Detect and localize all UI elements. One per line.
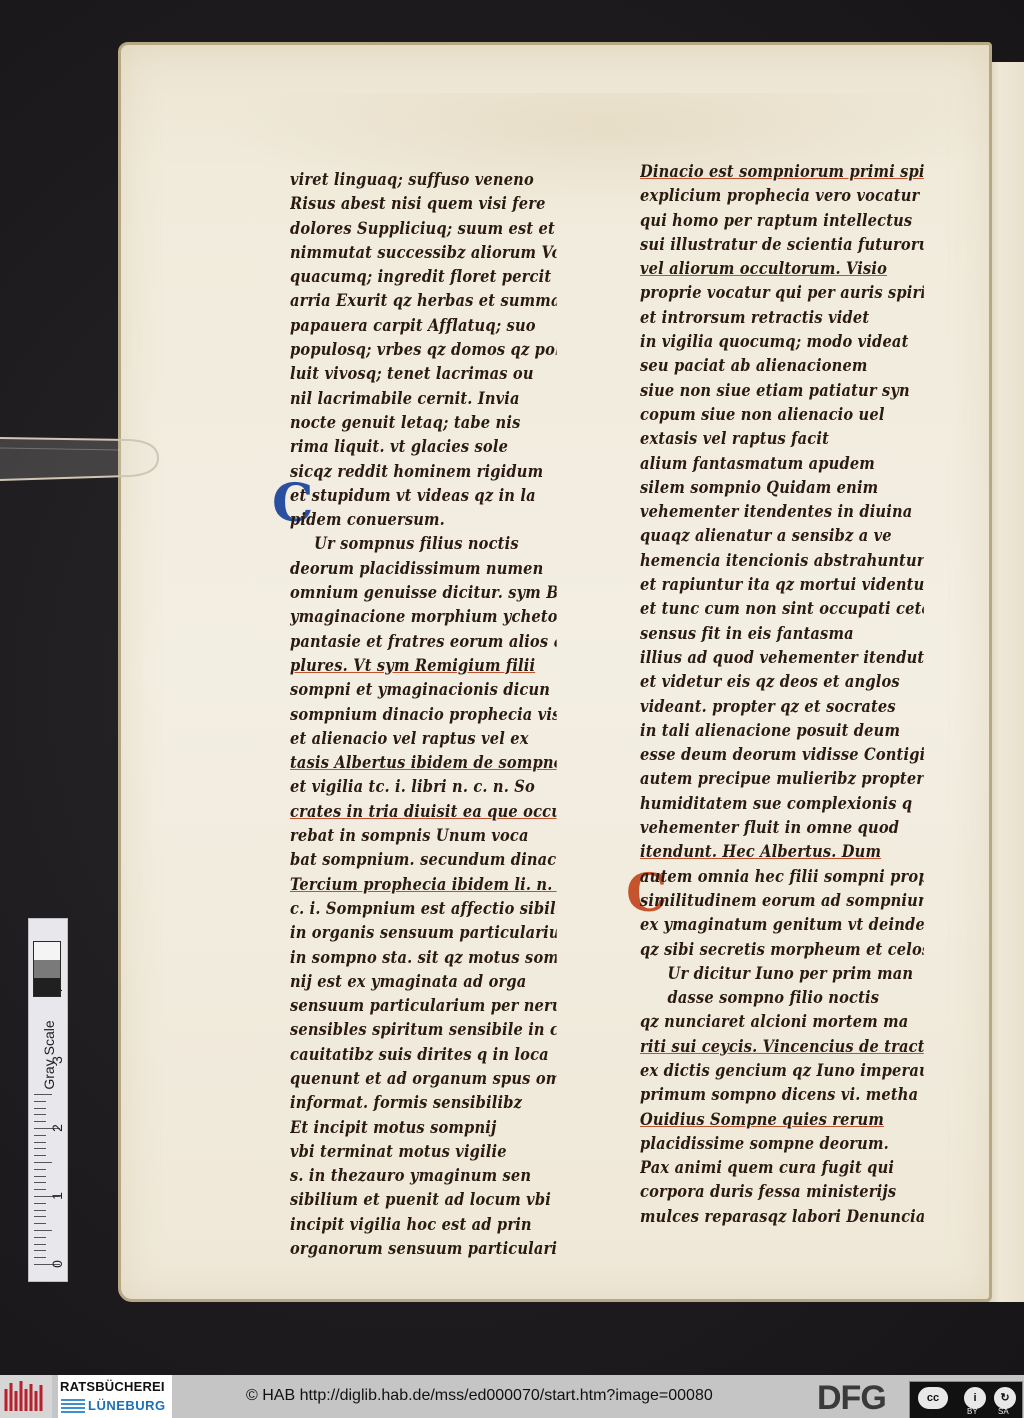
manuscript-line: alium fantasmatum apudem xyxy=(640,452,924,476)
manuscript-line: ymaginacione morphium ycheton xyxy=(290,605,557,629)
ruler-tick xyxy=(34,1155,46,1156)
manuscript-line: itendunt. Hec Albertus. Dum xyxy=(640,840,924,864)
ruler-tick xyxy=(34,1182,46,1183)
manuscript-line: in tali alienacione posuit deum xyxy=(640,719,924,743)
manuscript-line: Ouidius Sompne quies rerum xyxy=(640,1108,924,1132)
ruler-tick xyxy=(34,1189,46,1190)
manuscript-line: qz sibi secretis morpheum et celos xyxy=(640,938,924,962)
ruler-tick xyxy=(34,1135,46,1136)
manuscript-line: quacumq; ingredit floret percit xyxy=(290,265,557,289)
manuscript-line: nil lacrimabile cernit. Invia xyxy=(290,387,557,411)
manuscript-line: qz nunciaret alcioni mortem ma xyxy=(640,1010,924,1034)
manuscript-line: humiditatem sue complexionis q xyxy=(640,792,924,816)
manuscript-line: in vigilia quocumq; modo videat xyxy=(640,330,924,354)
ruler-number: 4 xyxy=(49,986,65,998)
manuscript-line: videant. propter qz et socrates xyxy=(640,695,924,719)
manuscript-line: crates in tria diuisit ea que occur xyxy=(290,800,557,824)
manuscript-line: corpora duris fessa ministerijs xyxy=(640,1180,924,1204)
manuscript-line: sicqz reddit hominem rigidum xyxy=(290,460,557,484)
manuscript-line: nimmutat successibz aliorum Volz xyxy=(290,241,557,265)
manuscript-line: sensus fit in eis fantasma xyxy=(640,622,924,646)
manuscript-line: sompnium dinacio prophecia visio xyxy=(290,703,557,727)
ruler-tick xyxy=(34,1216,46,1217)
ruler-tick xyxy=(34,1142,46,1143)
manuscript-line: proprie vocatur qui per auris spiritibz xyxy=(640,281,924,305)
manuscript-line: deorum placidissimum numen xyxy=(290,557,557,581)
ruler-tick xyxy=(34,1223,46,1224)
manuscript-line: Ur dicitur Iuno per prim man xyxy=(640,962,924,986)
manuscript-line: nij est ex ymaginata ad orga xyxy=(290,970,557,994)
manuscript-line: vehementer itendentes in diuina xyxy=(640,500,924,524)
manuscript-line: explicium prophecia vero vocatur xyxy=(640,184,924,208)
manuscript-line: informat. formis sensibilibz xyxy=(290,1091,557,1115)
ruler-tick xyxy=(34,1237,46,1238)
ruler-tick xyxy=(34,1244,46,1245)
manuscript-line: sompni et ymaginacionis dicun xyxy=(290,678,557,702)
manuscript-line: qui homo per raptum intellectus xyxy=(640,209,924,233)
manuscript-line: et alienacio vel raptus vel ex xyxy=(290,727,557,751)
manuscript-line: rebat in sompnis Unum voca xyxy=(290,824,557,848)
manuscript-line: similitudinem eorum ad sompnium xyxy=(640,889,924,913)
manuscript-line: cauitatibz suis dirites q in loca xyxy=(290,1043,557,1067)
manuscript-line: sui illustratur de scientia futurorum xyxy=(640,233,924,257)
manuscript-line: et introrsum retractis videt xyxy=(640,306,924,330)
manuscript-line: in organis sensuum particularium xyxy=(290,921,557,945)
manuscript-line: sensuum particularium per neruos xyxy=(290,994,557,1018)
ruler-tick xyxy=(34,1162,52,1163)
manuscript-line: Ur sompnus filius noctis xyxy=(290,532,557,556)
manuscript-line: primum sompno dicens vi. metha xyxy=(640,1083,924,1107)
manuscript-line: bat sompnium. secundum dinacionem xyxy=(290,848,557,872)
manuscript-line: et rapiuntur ita qz mortui videntur xyxy=(640,573,924,597)
copyright-link[interactable]: © HAB http://diglib.hab.de/mss/ed000070/… xyxy=(246,1387,713,1405)
manuscript-line: Pax animi quem cura fugit qui xyxy=(640,1156,924,1180)
manuscript-line: hemencia itencionis abstrahuntur xyxy=(640,549,924,573)
manuscript-line: sensibles spiritum sensibile in con xyxy=(290,1018,557,1042)
ruler-tick xyxy=(34,1230,52,1231)
manuscript-line: autem precipue mulieribz propter xyxy=(640,767,924,791)
ruler-tick xyxy=(34,1148,46,1149)
ruler-tick xyxy=(34,1210,46,1211)
manuscript-line: tasis Albertus ibidem de sompno xyxy=(290,751,557,775)
manuscript-line: silem sompnio Quidam enim xyxy=(640,476,924,500)
hab-logo-icon xyxy=(0,1375,52,1418)
ruler-tick xyxy=(34,1094,52,1095)
dfg-logo: DFG xyxy=(817,1381,886,1415)
open-book-icon xyxy=(61,1399,85,1415)
manuscript-line: vel aliorum occultorum. Visio xyxy=(640,257,924,281)
manuscript-line: nocte genuit letaq; tabe nis xyxy=(290,411,557,435)
manuscript-line: viret linguaq; suffuso veneno xyxy=(290,168,557,192)
manuscript-line: seu paciat ab alienacionem xyxy=(640,354,924,378)
ruler-number: 2 xyxy=(49,1122,65,1134)
manuscript-line: plures. Vt sym Remigium filii xyxy=(290,654,557,678)
manuscript-line: riti sui ceycis. Vincencius de tractatu xyxy=(640,1035,924,1059)
manuscript-line: omnium genuisse dicitur. sym Buum ex xyxy=(290,581,557,605)
manuscript-line: pidem conuersum. xyxy=(290,508,557,532)
manuscript-line: quenunt et ad organum spus omnis xyxy=(290,1067,557,1091)
manuscript-line: siue non siue etiam patiatur syn xyxy=(640,379,924,403)
ruler-tick xyxy=(34,1114,46,1115)
swatch-white xyxy=(34,942,60,960)
manuscript-line: extasis vel raptus facit xyxy=(640,427,924,451)
manuscript-line: Et incipit motus sompnij xyxy=(290,1116,557,1140)
manuscript-line: s. in thezauro ymaginum sen xyxy=(290,1164,557,1188)
manuscript-line: dasse sompno filio noctis xyxy=(640,986,924,1010)
manuscript-line: esse deum deorum vidisse Contigit xyxy=(640,743,924,767)
ruler-tick xyxy=(34,1257,46,1258)
manuscript-line: quaqz alienatur a sensibz a ve xyxy=(640,524,924,548)
by-label: BY xyxy=(967,1407,978,1416)
ruler-tick xyxy=(34,1121,46,1122)
manuscript-line: rima liquit. vt glacies sole xyxy=(290,435,557,459)
manuscript-line: pantasie et fratres eorum alios quam xyxy=(290,630,557,654)
manuscript-line: in sompno sta. sit qz motus sompni xyxy=(290,946,557,970)
ruler-tick xyxy=(34,1169,46,1170)
manuscript-line: c. i. Sompnium est affectio sibilt xyxy=(290,897,557,921)
manuscript-line: et vigilia tc. i. libri n. c. n. So xyxy=(290,775,557,799)
cc-license-badge[interactable]: cc i BY ↻ SA xyxy=(909,1381,1023,1418)
text-column-left: viret linguaq; suffuso venenoRisus abest… xyxy=(290,168,600,1261)
manuscript-line: placidissime sompne deorum. xyxy=(640,1132,924,1156)
page-clip-holder-icon xyxy=(0,428,160,486)
ruler-tick xyxy=(34,1108,46,1109)
sa-label: SA xyxy=(998,1407,1009,1416)
ruler-tick xyxy=(34,1176,46,1177)
gray-scale-ruler: Gray Scale 01234 xyxy=(28,918,68,1282)
manuscript-line: et tunc cum non sint occupati cetera xyxy=(640,597,924,621)
ruler-number: 3 xyxy=(49,1054,65,1066)
manuscript-line: luit vivosq; tenet lacrimas ou xyxy=(290,362,557,386)
library-name-line2: LÜNEBURG xyxy=(88,1398,166,1413)
swatch-gray xyxy=(34,960,60,978)
manuscript-line: autem omnia hec filii sompni propter xyxy=(640,865,924,889)
ruler-tick xyxy=(34,1250,46,1251)
manuscript-line: ex ymaginatum genitum vt deinde xyxy=(640,913,924,937)
manuscript-line: vbi terminat motus vigilie xyxy=(290,1140,557,1164)
manuscript-line: dolores Suppliciuq; suum est et xyxy=(290,217,557,241)
ruler-number: 0 xyxy=(49,1258,65,1270)
manuscript-line: organorum sensuum particularium xyxy=(290,1237,557,1261)
manuscript-line: Risus abest nisi quem visi fere xyxy=(290,192,557,216)
library-name-line1: RATSBÜCHEREI xyxy=(60,1379,165,1394)
manuscript-line: sibilium et puenit ad locum vbi xyxy=(290,1188,557,1212)
cc-icon: cc xyxy=(916,1385,950,1411)
manuscript-line: arria Exurit qz herbas et summa xyxy=(290,289,557,313)
manuscript-line: et stupidum vt videas qz in la xyxy=(290,484,557,508)
text-column-right: Dinacio est sompniorum primi spiritusexp… xyxy=(640,160,970,1229)
ruler-number: 1 xyxy=(49,1190,65,1202)
manuscript-line: Dinacio est sompniorum primi spiritus xyxy=(640,160,924,184)
manuscript-line: populosq; vrbes qz domos qz pol xyxy=(290,338,557,362)
manuscript-line: papauera carpit Afflatuq; suo xyxy=(290,314,557,338)
manuscript-line: et videtur eis qz deos et anglos xyxy=(640,670,924,694)
ruler-tick xyxy=(34,1101,46,1102)
manuscript-line: incipit vigilia hoc est ad prin xyxy=(290,1213,557,1237)
manuscript-line: vehementer fluit in omne quod xyxy=(640,816,924,840)
manuscript-line: ex dictis gencium qz Iuno imperauit xyxy=(640,1059,924,1083)
ratsbuecherei-logo[interactable]: RATSBÜCHEREI LÜNEBURG xyxy=(58,1375,172,1418)
manuscript-line: Tercium prophecia ibidem li. n. tc. et xyxy=(290,873,557,897)
manuscript-line: mulces reparasqz labori Denuncia xyxy=(640,1205,924,1229)
ruler-tick xyxy=(34,1203,46,1204)
manuscript-line: copum siue non alienacio uel xyxy=(640,403,924,427)
footer-bar: RATSBÜCHEREI LÜNEBURG © HAB http://digli… xyxy=(0,1375,1024,1418)
manuscript-line: illius ad quod vehementer itendut xyxy=(640,646,924,670)
